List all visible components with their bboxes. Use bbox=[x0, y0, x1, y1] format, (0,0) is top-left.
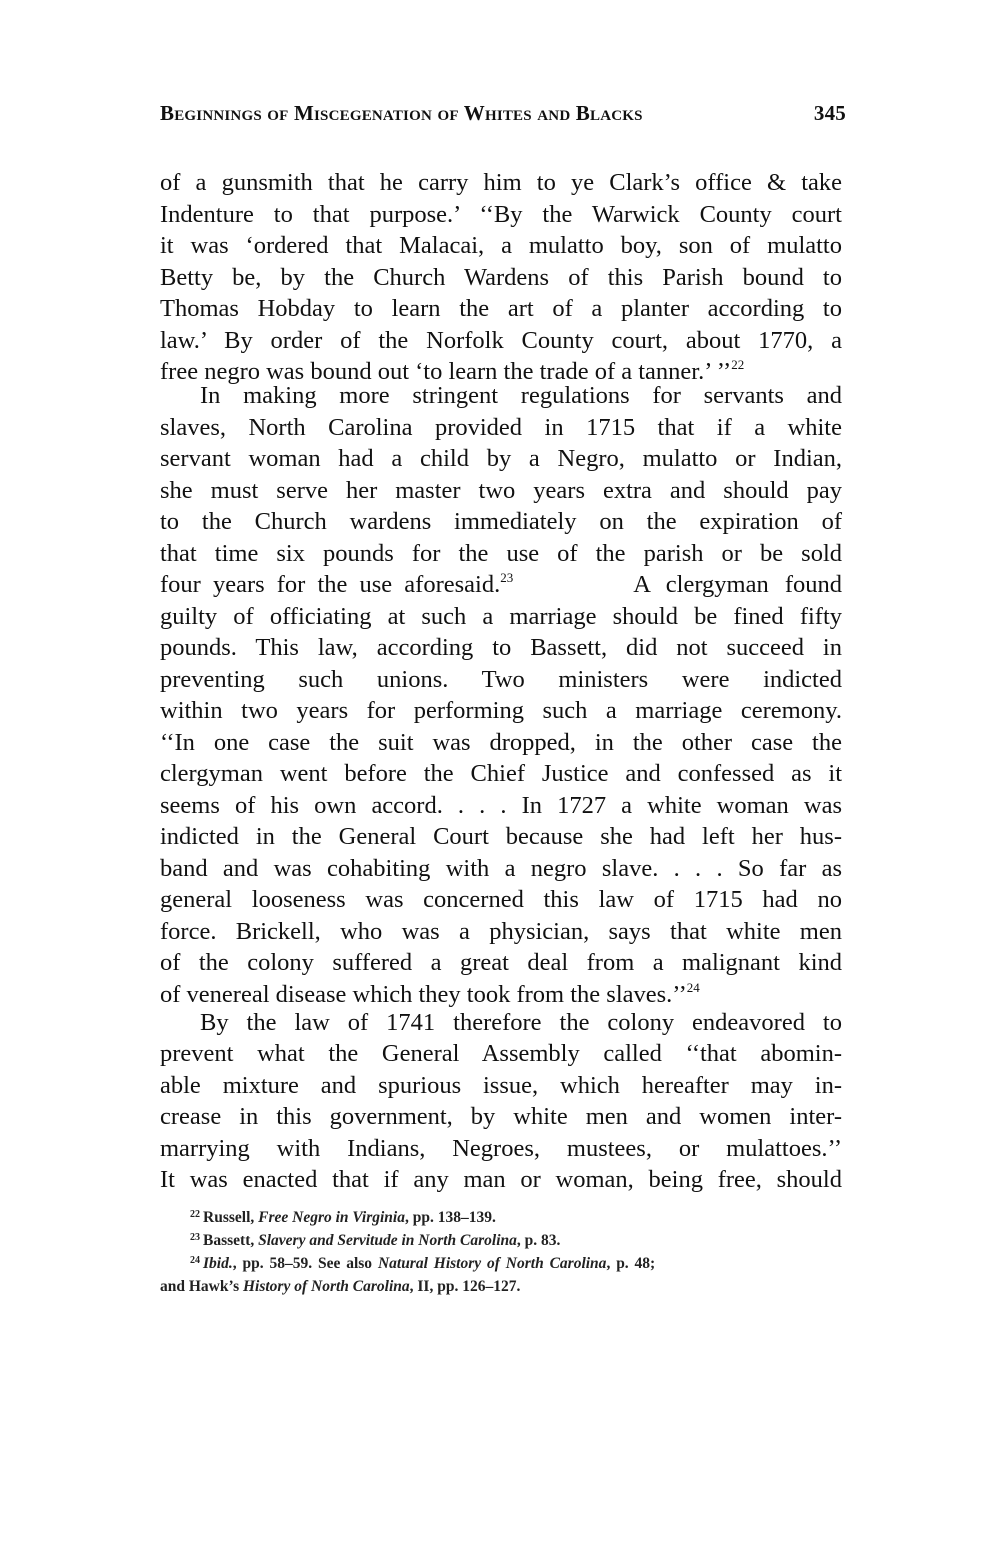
footnote-ref-24[interactable]: 24 bbox=[687, 980, 700, 995]
body-line: it was ‘ordered that Malacai, a mulatto … bbox=[160, 230, 842, 262]
body-line: guilty of officiating at such a marriage… bbox=[160, 601, 842, 633]
body-line: clergyman went before the Chief Justice … bbox=[160, 758, 842, 790]
footnote-text: , p. 48; bbox=[606, 1255, 655, 1272]
body-line: prevent what the General Assembly called… bbox=[160, 1038, 842, 1070]
footnote-ref-23[interactable]: 23 bbox=[500, 570, 513, 585]
body-line: marrying with Indians, Negroes, mustees,… bbox=[160, 1133, 842, 1165]
footnote-ref-22[interactable]: 22 bbox=[731, 357, 744, 372]
body-line: within two years for performing such a m… bbox=[160, 695, 842, 727]
body-line: able mixture and spurious issue, which h… bbox=[160, 1070, 842, 1102]
book-page: Beginnings of Miscegenation of Whites an… bbox=[0, 0, 1000, 1546]
body-line: force. Brickell, who was a physician, sa… bbox=[160, 916, 842, 948]
footnote-text: , p. 83. bbox=[517, 1232, 561, 1249]
footnote-24-continued: and Hawk’s History of North Carolina, II… bbox=[160, 1276, 840, 1298]
body-line-text: of venereal disease which they took from… bbox=[160, 981, 687, 1008]
body-line: indicted in the General Court because sh… bbox=[160, 821, 842, 853]
body-line: band and was cohabiting with a negro sla… bbox=[160, 853, 842, 885]
body-line: of the colony suffered a great deal from… bbox=[160, 947, 842, 979]
footnote-title: History of North Carolina bbox=[243, 1278, 410, 1295]
body-line: pounds. This law, according to Bassett, … bbox=[160, 632, 842, 664]
footnote-author: Russell, bbox=[203, 1209, 258, 1226]
body-line: ‘‘In one case the suit was dropped, in t… bbox=[160, 727, 842, 759]
body-line: four years for the use aforesaid.23 A cl… bbox=[160, 569, 842, 601]
footnote-text: , II, pp. 126–127. bbox=[410, 1278, 521, 1295]
footnote-22: 22Russell, Free Negro in Virginia, pp. 1… bbox=[190, 1207, 840, 1229]
footnote-text: , pp. 58–59. See also bbox=[233, 1255, 378, 1272]
running-title: Beginnings of Miscegenation of Whites an… bbox=[160, 101, 643, 126]
footnote-title: Free Negro in Virginia bbox=[258, 1209, 405, 1226]
body-line: that time six pounds for the use of the … bbox=[160, 538, 842, 570]
footnote-number: 24 bbox=[190, 1255, 200, 1266]
running-header: Beginnings of Miscegenation of Whites an… bbox=[160, 101, 846, 133]
body-line: law.’ By order of the Norfolk County cou… bbox=[160, 325, 842, 357]
body-line-text: A clergyman found bbox=[633, 569, 842, 601]
body-line: Thomas Hobday to learn the art of a plan… bbox=[160, 293, 842, 325]
body-line: crease in this government, by white men … bbox=[160, 1101, 842, 1133]
body-line: It was enacted that if any man or woman,… bbox=[160, 1164, 842, 1196]
body-line: to the Church wardens immediately on the… bbox=[160, 506, 842, 538]
body-line: of a gunsmith that he carry him to ye Cl… bbox=[160, 167, 842, 199]
body-line: slaves, North Carolina provided in 1715 … bbox=[160, 412, 842, 444]
body-line: seems of his own accord. . . . In 1727 a… bbox=[160, 790, 842, 822]
footnote-title: Slavery and Servitude in North Carolina bbox=[258, 1232, 517, 1249]
body-line: servant woman had a child by a Negro, mu… bbox=[160, 443, 842, 475]
body-line: she must serve her master two years extr… bbox=[160, 475, 842, 507]
body-line: In making more stringent regulations for… bbox=[200, 380, 842, 412]
body-line-text: four years for the use aforesaid. bbox=[160, 571, 500, 598]
footnote-text: and Hawk’s bbox=[160, 1278, 243, 1295]
footnote-number: 23 bbox=[190, 1232, 200, 1243]
footnote-title: Ibid. bbox=[203, 1255, 233, 1272]
body-line: Betty be, by the Church Wardens of this … bbox=[160, 262, 842, 294]
footnote-text: , pp. 138–139. bbox=[405, 1209, 496, 1226]
body-line: Indenture to that purpose.’ ‘‘By the War… bbox=[160, 199, 842, 231]
body-line: general looseness was concerned this law… bbox=[160, 884, 842, 916]
footnote-number: 22 bbox=[190, 1209, 200, 1220]
body-line: By the law of 1741 therefore the colony … bbox=[200, 1007, 842, 1039]
footnote-author: Bassett, bbox=[203, 1232, 258, 1249]
footnote-23: 23Bassett, Slavery and Servitude in Nort… bbox=[190, 1230, 840, 1252]
footnote-title: Natural History of North Carolina bbox=[378, 1255, 607, 1272]
footnote-24: 24Ibid., pp. 58–59. See also Natural His… bbox=[190, 1253, 840, 1275]
body-line: preventing such unions. Two ministers we… bbox=[160, 664, 842, 696]
page-number: 345 bbox=[814, 101, 846, 126]
